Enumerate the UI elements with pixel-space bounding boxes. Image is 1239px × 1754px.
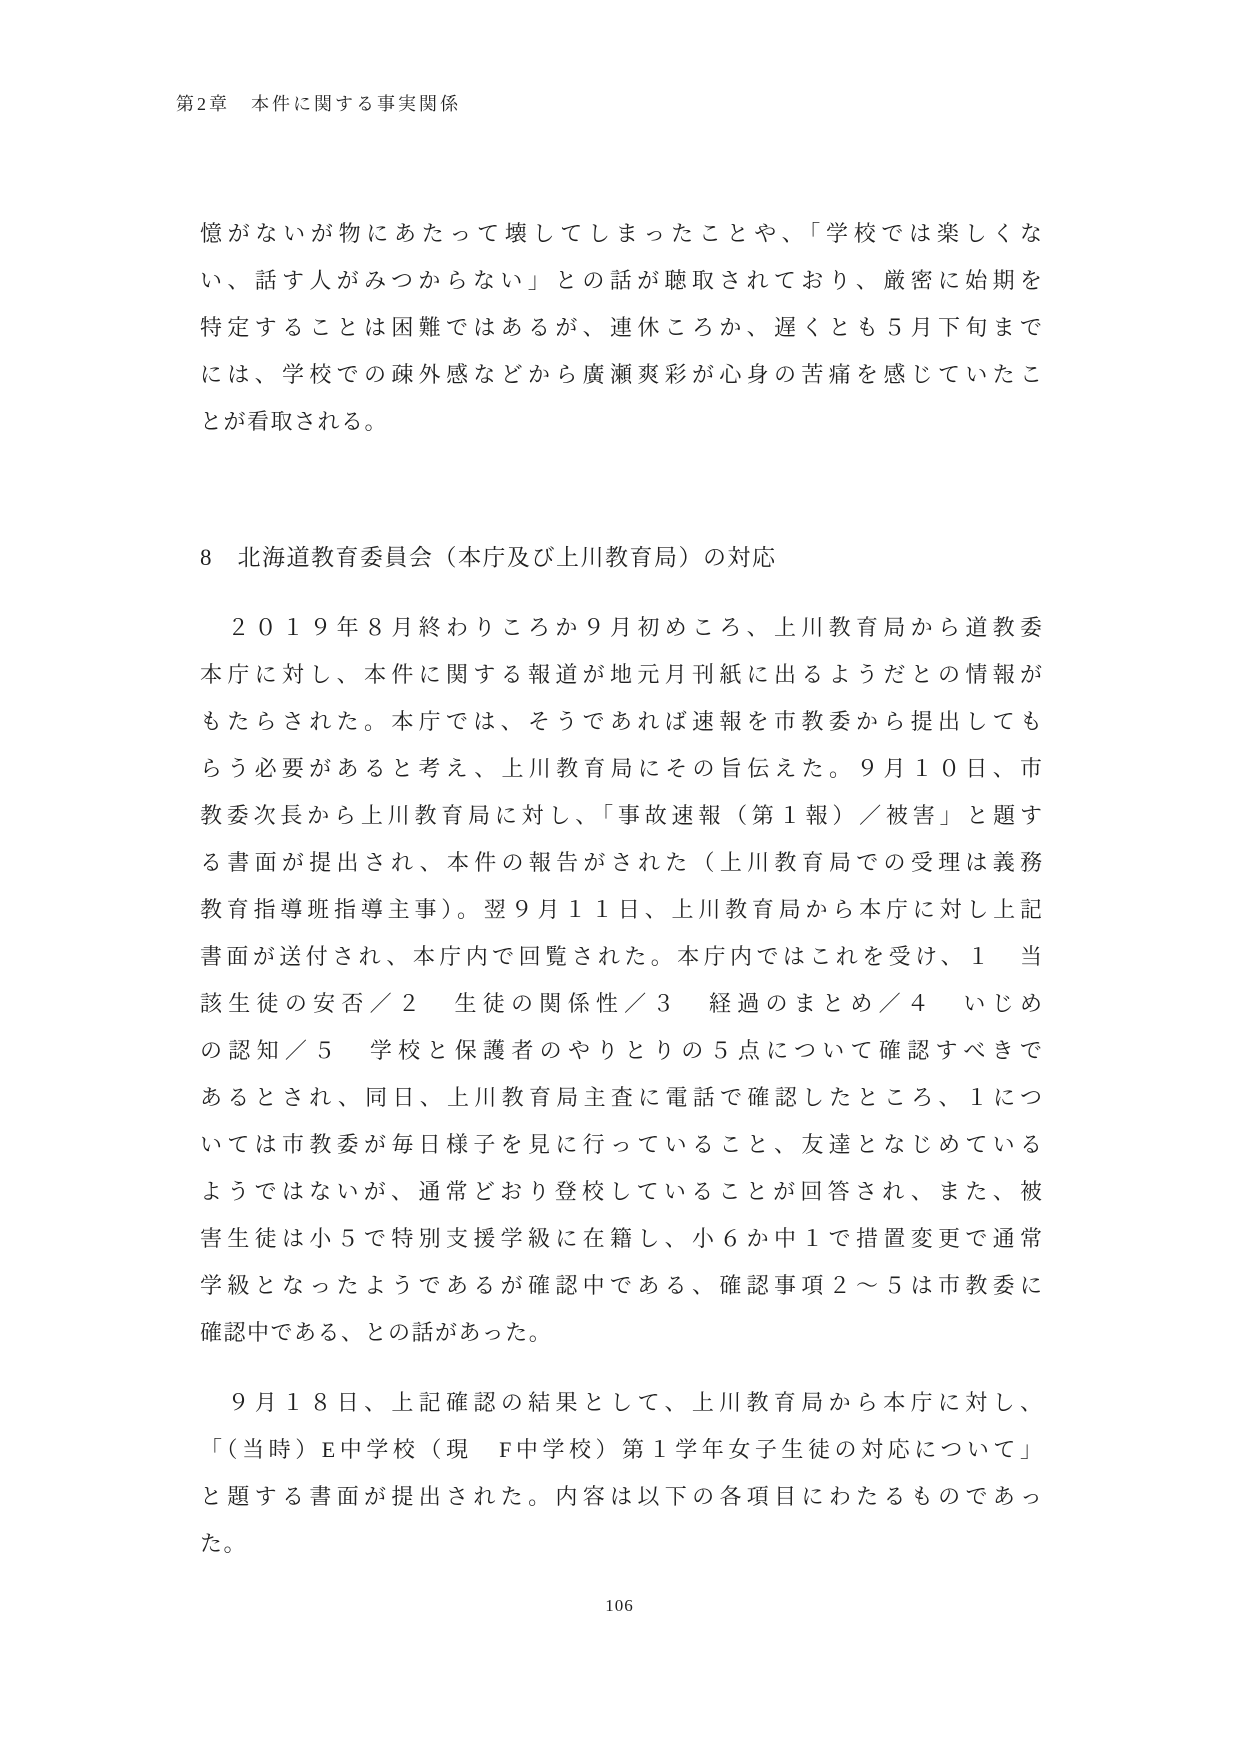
text-line: 憶がないが物にあたって壊してしまったことや、「学校では楽しくな [200,210,1042,257]
paragraph: ９月１８日、上記確認の結果として、上川教育局から本庁に対し、「（当時）E中学校（… [200,1379,1042,1567]
text-line: 該生徒の安否／２ 生徒の関係性／３ 経過のまとめ／４ いじめ [200,980,1042,1027]
paragraph: ２０１９年８月終わりころか９月初めころ、上川教育局から道教委本庁に対し、本件に関… [200,604,1042,1356]
text-line: いては市教委が毎日様子を見に行っていること、友達となじめている [200,1121,1042,1168]
document-page: 第2章 本件に関する事実関係 憶がないが物にあたって壊してしまったことや、「学校… [0,0,1239,1754]
text-line: ２０１９年８月終わりころか９月初めころ、上川教育局から道教委 [200,604,1042,651]
text-line: 「（当時）E中学校（現 F中学校）第１学年女子生徒の対応について」 [200,1426,1042,1473]
text-line: と題する書面が提出された。内容は以下の各項目にわたるものであっ [200,1473,1042,1520]
text-line: には、学校での疎外感などから廣瀬爽彩が心身の苦痛を感じていたこ [200,351,1042,398]
text-line: ９月１８日、上記確認の結果として、上川教育局から本庁に対し、 [200,1379,1042,1426]
section-heading: 8 北海道教育委員会（本庁及び上川教育局）の対応 [200,534,1042,581]
text-line: 本庁に対し、本件に関する報道が地元月刊紙に出るようだとの情報が [200,651,1042,698]
text-line: ようではないが、通常どおり登校していることが回答され、また、被 [200,1168,1042,1215]
paragraph: 憶がないが物にあたって壊してしまったことや、「学校では楽しくない、話す人がみつか… [200,210,1042,445]
text-line: もたらされた。本庁では、そうであれば速報を市教委から提出しても [200,698,1042,745]
text-line: 教委次長から上川教育局に対し、「事故速報（第１報）／被害」と題す [200,792,1042,839]
text-line: 害生徒は小５で特別支援学級に在籍し、小６か中１で措置変更で通常 [200,1215,1042,1262]
text-line: る書面が提出され、本件の報告がされた（上川教育局での受理は義務 [200,839,1042,886]
text-line: とが看取される。 [200,398,1042,445]
page-number: 106 [0,1596,1239,1616]
text-line: 学級となったようであるが確認中である、確認事項２～５は市教委に [200,1262,1042,1309]
text-line: らう必要があると考え、上川教育局にその旨伝えた。９月１０日、市 [200,745,1042,792]
text-line: 確認中である、との話があった。 [200,1309,1042,1356]
text-line: あるとされ、同日、上川教育局主査に電話で確認したところ、１につ [200,1074,1042,1121]
text-line: 書面が送付され、本庁内で回覧された。本庁内ではこれを受け、１ 当 [200,933,1042,980]
text-line: た。 [200,1520,1042,1567]
text-line: の認知／５ 学校と保護者のやりとりの５点について確認すべきで [200,1027,1042,1074]
text-line: 教育指導班指導主事）。翌９月１１日、上川教育局から本庁に対し上記 [200,886,1042,933]
text-line: い、話す人がみつからない」との話が聴取されており、厳密に始期を [200,257,1042,304]
chapter-header: 第2章 本件に関する事実関係 [176,90,461,116]
text-line: 特定することは困難ではあるが、連休ころか、遅くとも５月下旬まで [200,304,1042,351]
